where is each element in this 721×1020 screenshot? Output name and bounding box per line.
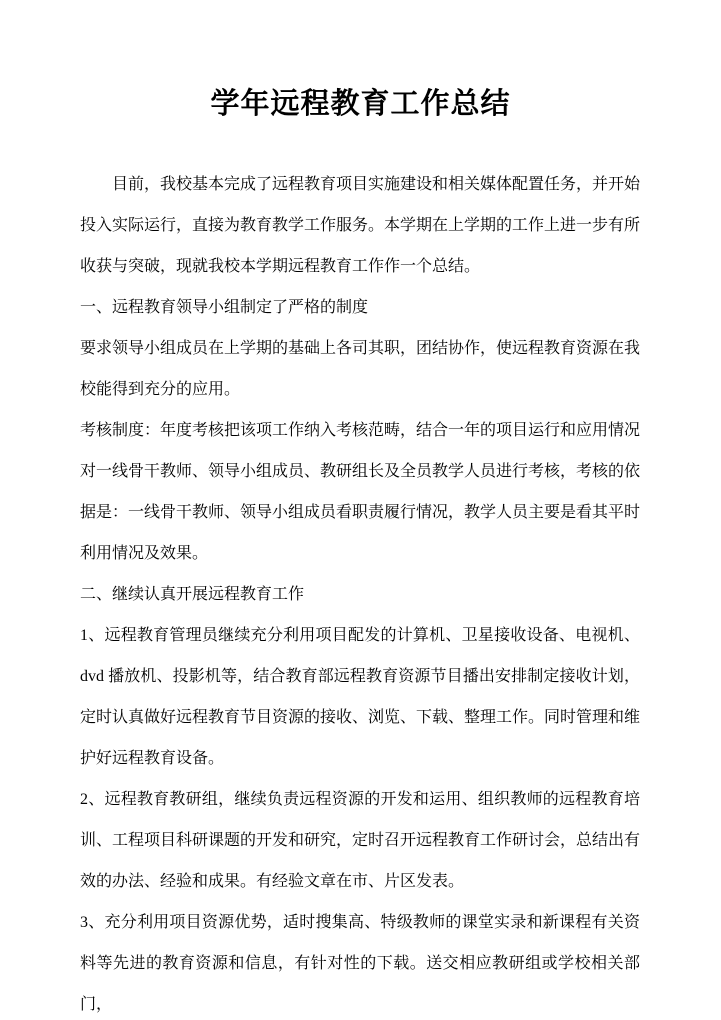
paragraph: 3、充分利用项目资源优势，适时搜集高、特级教师的课堂实录和新课程有关资料等先进的… — [80, 902, 640, 1020]
paragraph: 2、远程教育教研组，继续负责远程资源的开发和运用、组织教师的远程教育培训、工程项… — [80, 779, 640, 902]
section-heading: 二、继续认真开展远程教育工作 — [80, 574, 640, 615]
paragraph: 目前，我校基本完成了远程教育项目实施建设和相关媒体配置任务，并开始投入实际运行，… — [80, 164, 640, 287]
document-body: 目前，我校基本完成了远程教育项目实施建设和相关媒体配置任务，并开始投入实际运行，… — [80, 164, 640, 1020]
paragraph: 要求领导小组成员在上学期的基础上各司其职，团结协作，使远程教育资源在我校能得到充… — [80, 328, 640, 410]
document-page: 学年远程教育工作总结 目前，我校基本完成了远程教育项目实施建设和相关媒体配置任务… — [0, 0, 721, 1020]
paragraph: 1、远程教育管理员继续充分利用项目配发的计算机、卫星接收设备、电视机、dvd 播… — [80, 615, 640, 779]
paragraph: 考核制度：年度考核把该项工作纳入考核范畴，结合一年的项目运行和应用情况对一线骨干… — [80, 410, 640, 574]
document-title: 学年远程教育工作总结 — [0, 0, 721, 126]
section-heading: 一、远程教育领导小组制定了严格的制度 — [80, 287, 640, 328]
